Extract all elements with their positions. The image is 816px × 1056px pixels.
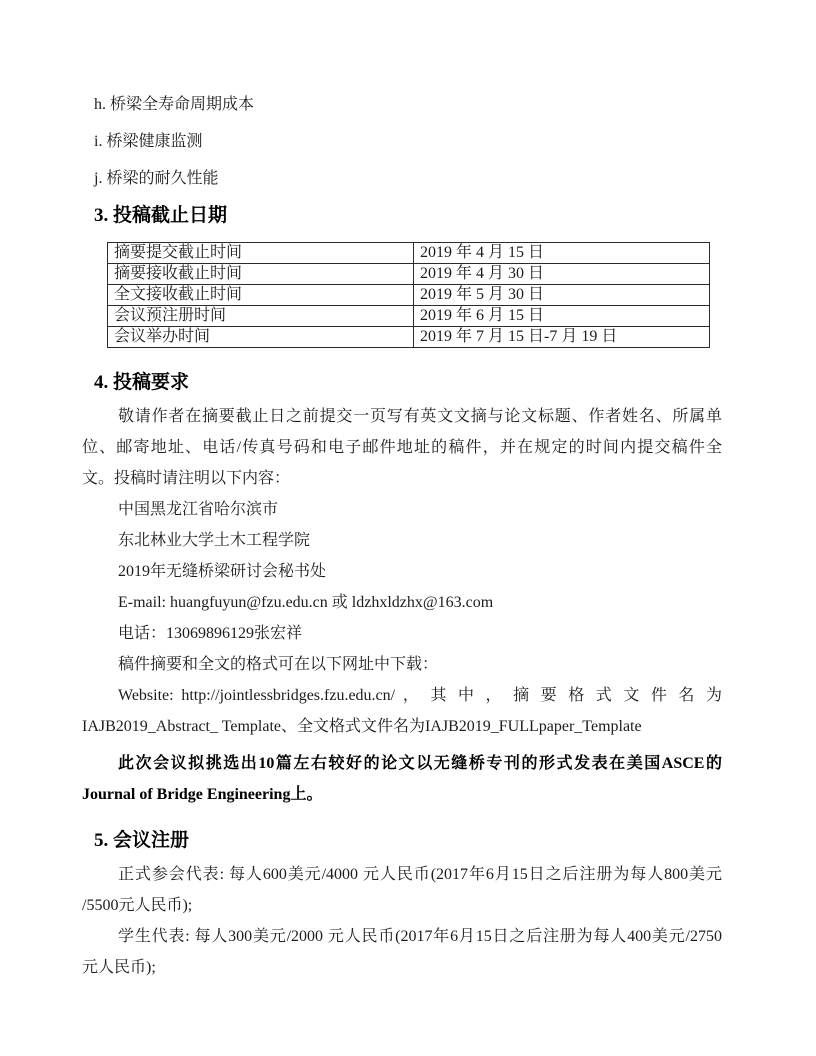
student-fee-line: 学生代表: 每人300美元/2000 元人民币(2017年6月15日之后注册为每…: [82, 921, 722, 952]
contact-email-line: E-mail: huangfuyun@fzu.edu.cn 或 ldzhxldz…: [82, 587, 722, 618]
document-page: h. 桥梁全寿命周期成本 i. 桥梁健康监测 j. 桥梁的耐久性能 3. 投稿截…: [0, 0, 816, 1056]
table-row: 全文接收截止时间 2019 年 5 月 30 日: [108, 285, 710, 306]
submission-intro-paragraph: 敬请作者在摘要截止日之前提交一页写有英文文摘与论文标题、作者姓名、所属单 位、邮…: [82, 401, 722, 494]
section-heading-submission: 4. 投稿要求: [82, 364, 722, 401]
registration-fees-paragraph: 正式参会代表: 每人600美元/4000 元人民币(2017年6月15日之后注册…: [82, 859, 722, 983]
table-row: 摘要提交截止时间 2019 年 4 月 15 日: [108, 243, 710, 264]
intro-line: 位、邮寄地址、电话/传真号码和电子邮件地址的稿件，并在规定的时间内提交稿件全: [82, 432, 722, 463]
topic-list: h. 桥梁全寿命周期成本 i. 桥梁健康监测 j. 桥梁的耐久性能: [82, 86, 722, 197]
highlight-line: 此次会议拟挑选出10篇左右较好的论文以无缝桥专刊的形式发表在美国ASCE的: [82, 748, 722, 779]
contact-university-line: 东北林业大学土木工程学院: [82, 525, 722, 556]
section-heading-registration: 5. 会议注册: [82, 822, 722, 859]
intro-line: 文。投稿时请注明以下内容：: [82, 463, 722, 494]
topic-item-h: h. 桥梁全寿命周期成本: [82, 86, 722, 123]
template-download-note: 稿件摘要和全文的格式可在以下网址中下载：: [82, 649, 722, 680]
regular-fee-line: 正式参会代表: 每人600美元/4000 元人民币(2017年6月15日之后注册…: [82, 859, 722, 890]
table-row: 会议预注册时间 2019 年 6 月 15 日: [108, 306, 710, 327]
deadline-label-cell: 全文接收截止时间: [108, 285, 414, 306]
deadline-value-cell: 2019 年 7 月 15 日-7 月 19 日: [414, 327, 710, 348]
table-row: 摘要接收截止时间 2019 年 4 月 30 日: [108, 264, 710, 285]
regular-fee-wrap-line: /5500元人民币);: [82, 890, 722, 921]
deadline-value-cell: 2019 年 4 月 30 日: [414, 264, 710, 285]
intro-line: 敬请作者在摘要截止日之前提交一页写有英文文摘与论文标题、作者姓名、所属单: [82, 401, 722, 432]
student-fee-wrap-line: 元人民币);: [82, 952, 722, 983]
table-row: 会议举办时间 2019 年 7 月 15 日-7 月 19 日: [108, 327, 710, 348]
journal-highlight-paragraph: 此次会议拟挑选出10篇左右较好的论文以无缝桥专刊的形式发表在美国ASCE的 Jo…: [82, 748, 722, 810]
contact-phone-line: 电话：13069896129张宏祥: [82, 618, 722, 649]
deadline-label-cell: 会议举办时间: [108, 327, 414, 348]
deadline-value-cell: 2019 年 4 月 15 日: [414, 243, 710, 264]
deadline-label-cell: 摘要提交截止时间: [108, 243, 414, 264]
deadline-label-cell: 摘要接收截止时间: [108, 264, 414, 285]
deadlines-table: 摘要提交截止时间 2019 年 4 月 15 日 摘要接收截止时间 2019 年…: [107, 242, 710, 348]
template-filenames-line: IAJB2019_Abstract_ Template、全文格式文件名为IAJB…: [82, 711, 722, 742]
deadline-value-cell: 2019 年 5 月 30 日: [414, 285, 710, 306]
deadline-label-cell: 会议预注册时间: [108, 306, 414, 327]
deadline-value-cell: 2019 年 6 月 15 日: [414, 306, 710, 327]
contact-city-line: 中国黑龙江省哈尔滨市: [82, 494, 722, 525]
topic-item-j: j. 桥梁的耐久性能: [82, 160, 722, 197]
topic-item-i: i. 桥梁健康监测: [82, 123, 722, 160]
contact-secretariat-line: 2019年无缝桥梁研讨会秘书处: [82, 556, 722, 587]
contact-block: 中国黑龙江省哈尔滨市 东北林业大学土木工程学院 2019年无缝桥梁研讨会秘书处 …: [82, 494, 722, 680]
website-paragraph: Website: http://jointlessbridges.fzu.edu…: [82, 680, 722, 742]
highlight-line: Journal of Bridge Engineering上。: [82, 779, 722, 810]
section-heading-deadlines: 3. 投稿截止日期: [82, 197, 722, 234]
website-url-line: Website: http://jointlessbridges.fzu.edu…: [82, 680, 722, 711]
